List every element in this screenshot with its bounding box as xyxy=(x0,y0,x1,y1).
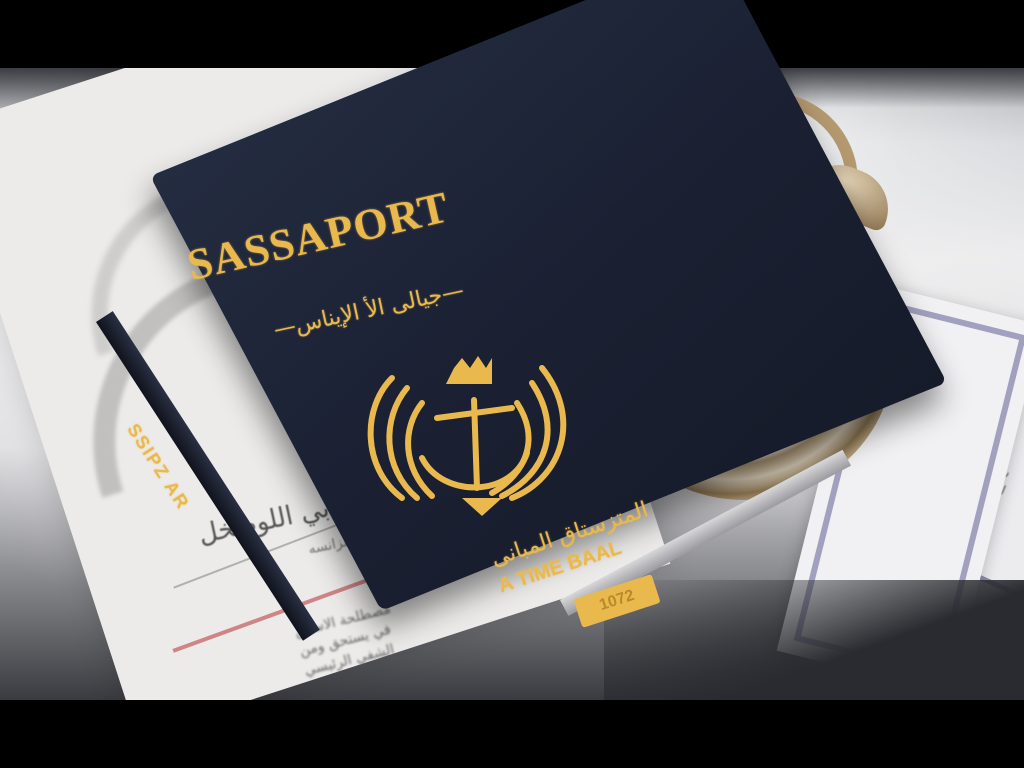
table-surface xyxy=(604,580,1024,700)
crown-anchor-emblem-icon xyxy=(362,348,592,518)
